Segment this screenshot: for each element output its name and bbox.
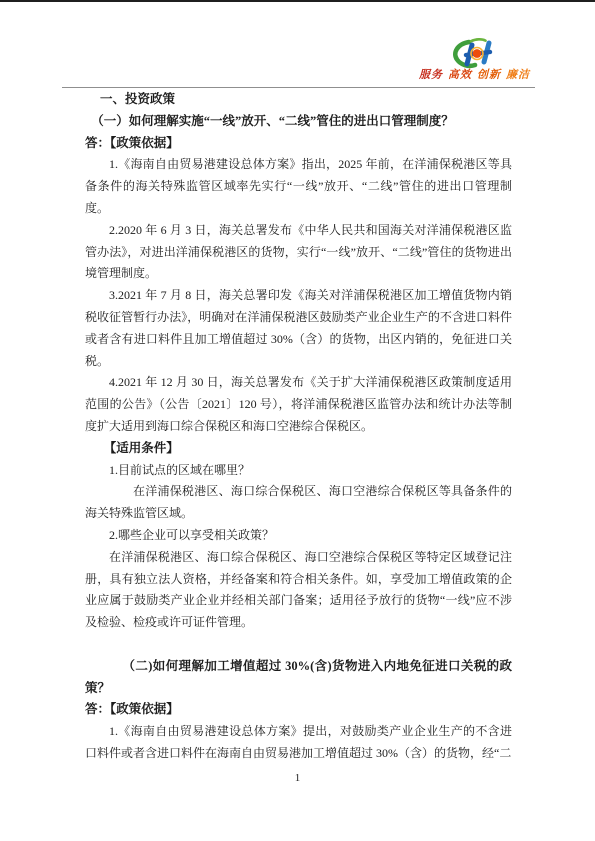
policy-basis-1-item-4: 4.2021 年 12 月 30 日，海关总署发布《关于扩大洋浦保税港区政策制度… xyxy=(85,372,512,437)
condition-q2-answer: 在洋浦保税港区、海口综合保税区、海口空港综合保税区等特定区域登记注册，具有独立法… xyxy=(85,547,512,634)
logo-sun-dot xyxy=(471,48,483,60)
slogan-word: 廉洁 xyxy=(506,66,530,80)
policy-basis-1-item-1: 1.《海南自由贸易港建设总体方案》指出，2025 年前，在洋浦保税港区等具备条件… xyxy=(85,154,512,219)
question-2-heading: （二)如何理解加工增值超过 30%(含)货物进入内地免征进口关税的政策？ xyxy=(85,656,512,700)
answer-1-label: 答：【政策依据】 xyxy=(85,133,512,155)
page-number: 1 xyxy=(0,772,595,784)
condition-q2: 2.哪些企业可以享受相关政策？ xyxy=(85,525,512,547)
condition-q1-answer: 在洋浦保税港区、海口综合保税区、海口空港综合保税区等具备条件的海关特殊监管区域。 xyxy=(85,481,512,525)
slogan-word: 高效 xyxy=(448,66,472,80)
screenshot-top-border xyxy=(0,0,595,2)
policy-basis-1-item-2: 2.2020 年 6 月 3 日，海关总署发布《中华人民共和国海关对洋浦保税港区… xyxy=(85,220,512,285)
policy-basis-2-item-1: 1.《海南自由贸易港建设总体方案》提出，对鼓励类产业企业生产的不含进口料件或者含… xyxy=(85,721,512,765)
section-1-title: 一、投资政策 xyxy=(85,89,512,111)
document-body: 一、投资政策（一）如何理解实施“一线”放开、“二线”管住的进出口管理制度？答：【… xyxy=(85,89,512,765)
slogan-word: 服务 xyxy=(419,66,443,80)
header-divider xyxy=(62,87,535,88)
condition-q1: 1.目前试点的区域在哪里？ xyxy=(85,460,512,482)
conditions-heading: 【适用条件】 xyxy=(85,438,512,460)
header-slogan: 服务高效创新廉洁 xyxy=(419,66,537,80)
question-1-heading: （一）如何理解实施“一线”放开、“二线”管住的进出口管理制度？ xyxy=(85,111,512,133)
document-page: { "header": { "logo": { "icon": "hainan-… xyxy=(0,0,595,841)
answer-2-label: 答：【政策依据】 xyxy=(85,699,512,721)
slogan-word: 创新 xyxy=(477,66,501,80)
policy-basis-1-item-3: 3.2021 年 7 月 8 日，海关总署印发《海关对洋浦保税港区加工增值货物内… xyxy=(85,285,512,372)
